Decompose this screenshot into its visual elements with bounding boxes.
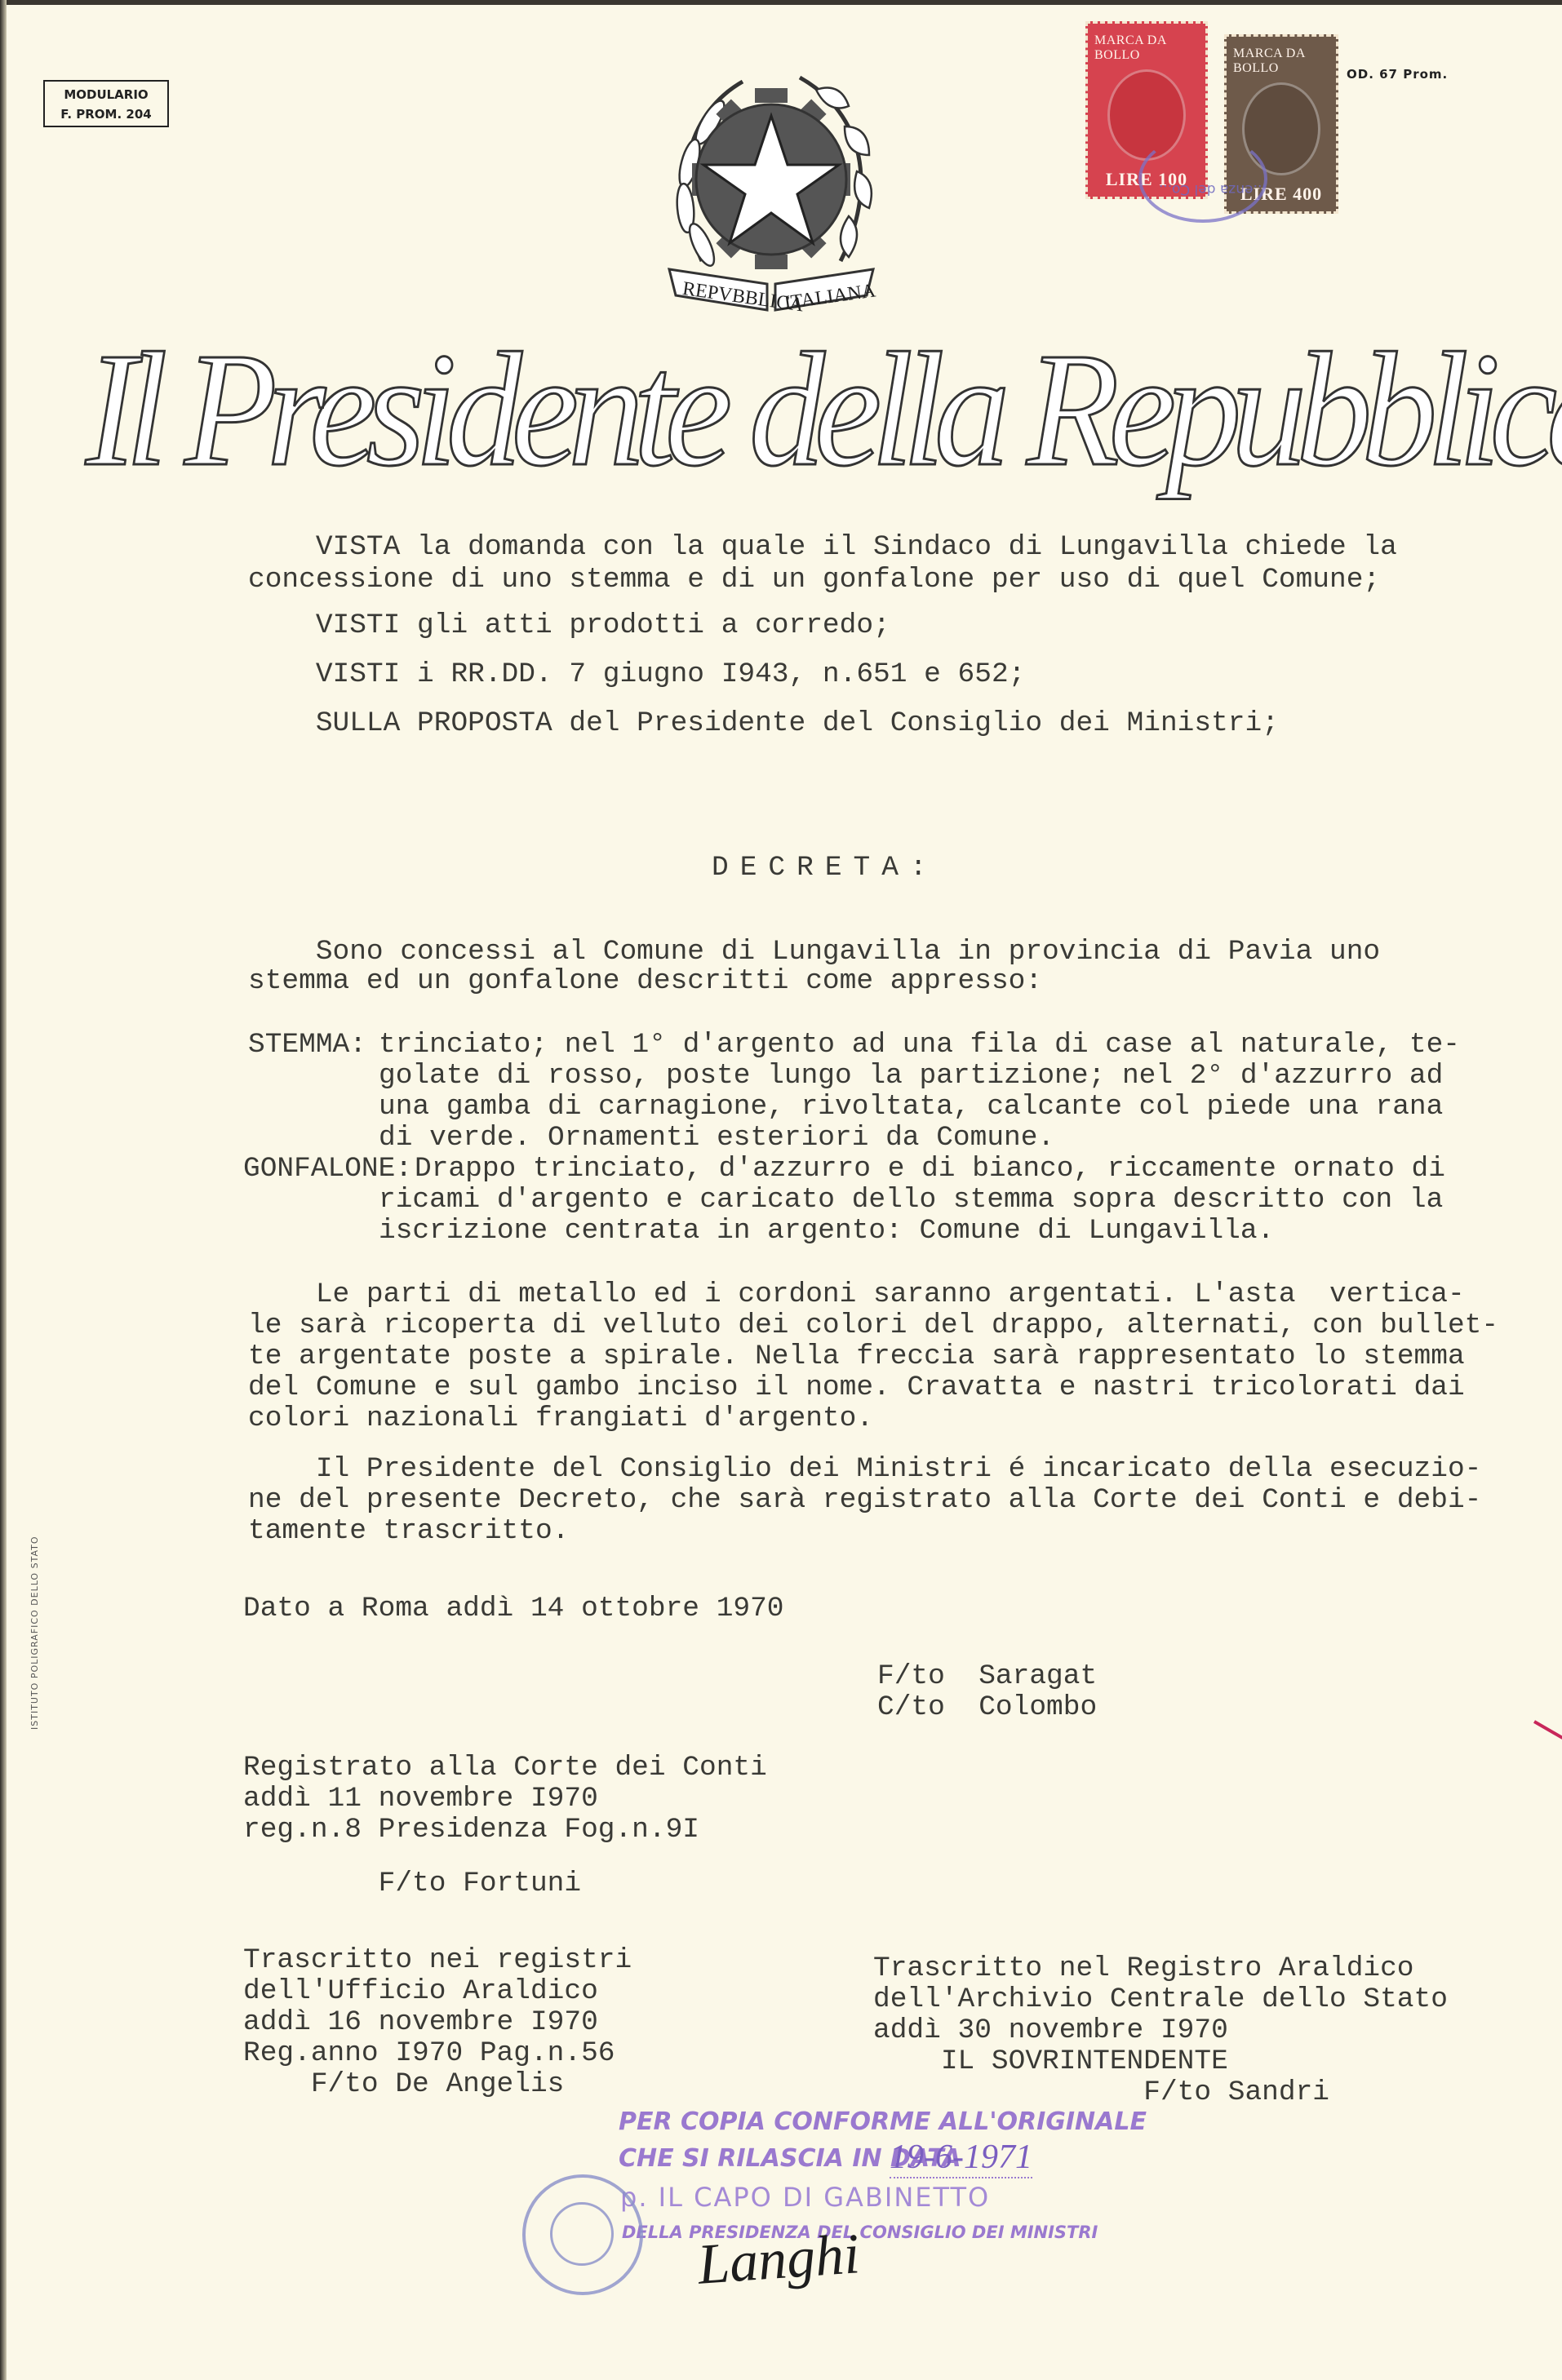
archivio-centrale-line: addì 30 novembre I970 [873,2015,1228,2046]
gonfalone-line: ricami d'argento e caricato dello stemma… [379,1185,1443,1216]
archivio-centrale-line: Trascritto nel Registro Araldico [873,1953,1414,1984]
ornaments-line: te argentate poste a spirale. Nella frec… [248,1341,1465,1372]
certified-copy-line-4: DELLA PRESIDENZA DEL CONSIGLIO DEI MINIS… [622,2223,1098,2242]
corte-conti-line: reg.n.8 Presidenza Fog.n.9I [243,1815,699,1846]
preamble-line: VISTI gli atti prodotti a corredo; [248,610,890,641]
form-box-line-1: MODULARIO [45,85,167,104]
execution-line: Il Presidente del Consiglio dei Ministri… [248,1454,1481,1485]
form-code-box: MODULARIO F. PROM. 204 [43,80,169,127]
official-seal-icon [522,2174,643,2295]
cancellation-postmark-icon [1138,135,1267,223]
ornaments-line: del Comune e sul gambo inciso il nome. C… [248,1372,1465,1403]
ufficio-araldico-line: Trascritto nei registri [243,1945,632,1976]
preamble-line: VISTA la domanda con la quale il Sindaco… [248,532,1397,563]
page-edge-top [0,0,1562,5]
stemma-label: STEMMA: [248,1030,366,1061]
preamble-line: VISTI i RR.DD. 7 giugno I943, n.651 e 65… [248,659,1025,690]
corte-conti-line: addì 11 novembre I970 [243,1784,598,1815]
date-line: Dato a Roma addì 14 ottobre 1970 [243,1593,784,1624]
archivio-centrale-signature: F/to Sandri [873,2077,1329,2108]
ufficio-araldico-line: Reg.anno I970 Pag.n.56 [243,2038,615,2069]
signature-countersign: C/to Colombo [877,1692,1097,1723]
grant-line: stemma ed un gonfalone descritti come ap… [248,966,1042,997]
execution-line: tamente trascritto. [248,1516,569,1547]
preamble-line: SULLA PROPOSTA del Presidente del Consig… [248,708,1279,739]
certified-copy-line-3: p. IL CAPO DI GABINETTO [620,2182,990,2213]
ufficio-araldico-signature: F/to De Angelis [243,2069,564,2100]
ornaments-line: le sarà ricoperta di velluto dei colori … [248,1310,1498,1341]
ornaments-line: Le parti di metallo ed i cordoni saranno… [248,1279,1465,1310]
cancellation-postmark-text: ...enza del Co... [1159,181,1267,197]
archivio-centrale-line: dell'Archivio Centrale dello Stato [873,1984,1448,2015]
stamp-heading: MARCA DA BOLLO [1094,33,1199,63]
corte-conti-signature: F/to Fortuni [243,1868,581,1899]
stemma-line: di verde. Ornamenti esteriori da Comune. [379,1123,1054,1154]
printer-imprint: ISTITUTO POLIGRAFICO DELLO STATO [29,1536,40,1731]
gonfalone-line: iscrizione centrata in argento: Comune d… [379,1216,1274,1247]
ufficio-araldico-line: addì 16 novembre I970 [243,2007,598,2038]
ufficio-araldico-line: dell'Ufficio Araldico [243,1976,598,2007]
gonfalone-label: GONFALONE: [243,1154,412,1185]
archivio-centrale-title: IL SOVRINTENDENTE [873,2046,1228,2077]
stemma-line: golate di rosso, poste lungo la partizio… [379,1061,1443,1092]
corte-conti-line: Registrato alla Corte dei Conti [243,1753,767,1784]
certified-copy-line-1: PER COPIA CONFORME ALL'ORIGINALE [619,2107,1147,2136]
form-box-line-2: F. PROM. 204 [45,104,167,124]
document-title: Il Presidente della Repubblica [86,322,1376,498]
red-pen-mark [1533,1720,1562,1739]
certified-copy-date: 19-6-1971 [890,2138,1032,2178]
decree-heading: DECRETA: [712,853,939,884]
handwritten-signature: Langhi [695,2222,861,2298]
preamble-line: concessione di uno stemma e di un gonfal… [248,565,1380,596]
stemma-line: una gamba di carnagione, rivoltata, calc… [379,1092,1443,1123]
stemma-line: trinciato; nel 1° d'argento ad una fila … [379,1030,1460,1061]
seal-emblem-icon [550,2202,614,2266]
grant-line: Sono concessi al Comune di Lungavilla in… [248,937,1380,968]
signature-president: F/to Saragat [877,1661,1097,1692]
execution-line: ne del presente Decreto, che sarà regist… [248,1485,1481,1516]
form-code-label: OD. 67 Prom. [1347,67,1448,82]
ornaments-line: colori nazionali frangiati d'argento. [248,1403,873,1434]
page-edge-left [0,0,7,2380]
stamp-heading: MARCA DA BOLLO [1233,47,1329,76]
gonfalone-line: Drappo trinciato, d'azzurro e di bianco,… [415,1154,1445,1185]
italian-republic-emblem-icon: REPVBBLICA ITALIANA [653,65,890,318]
